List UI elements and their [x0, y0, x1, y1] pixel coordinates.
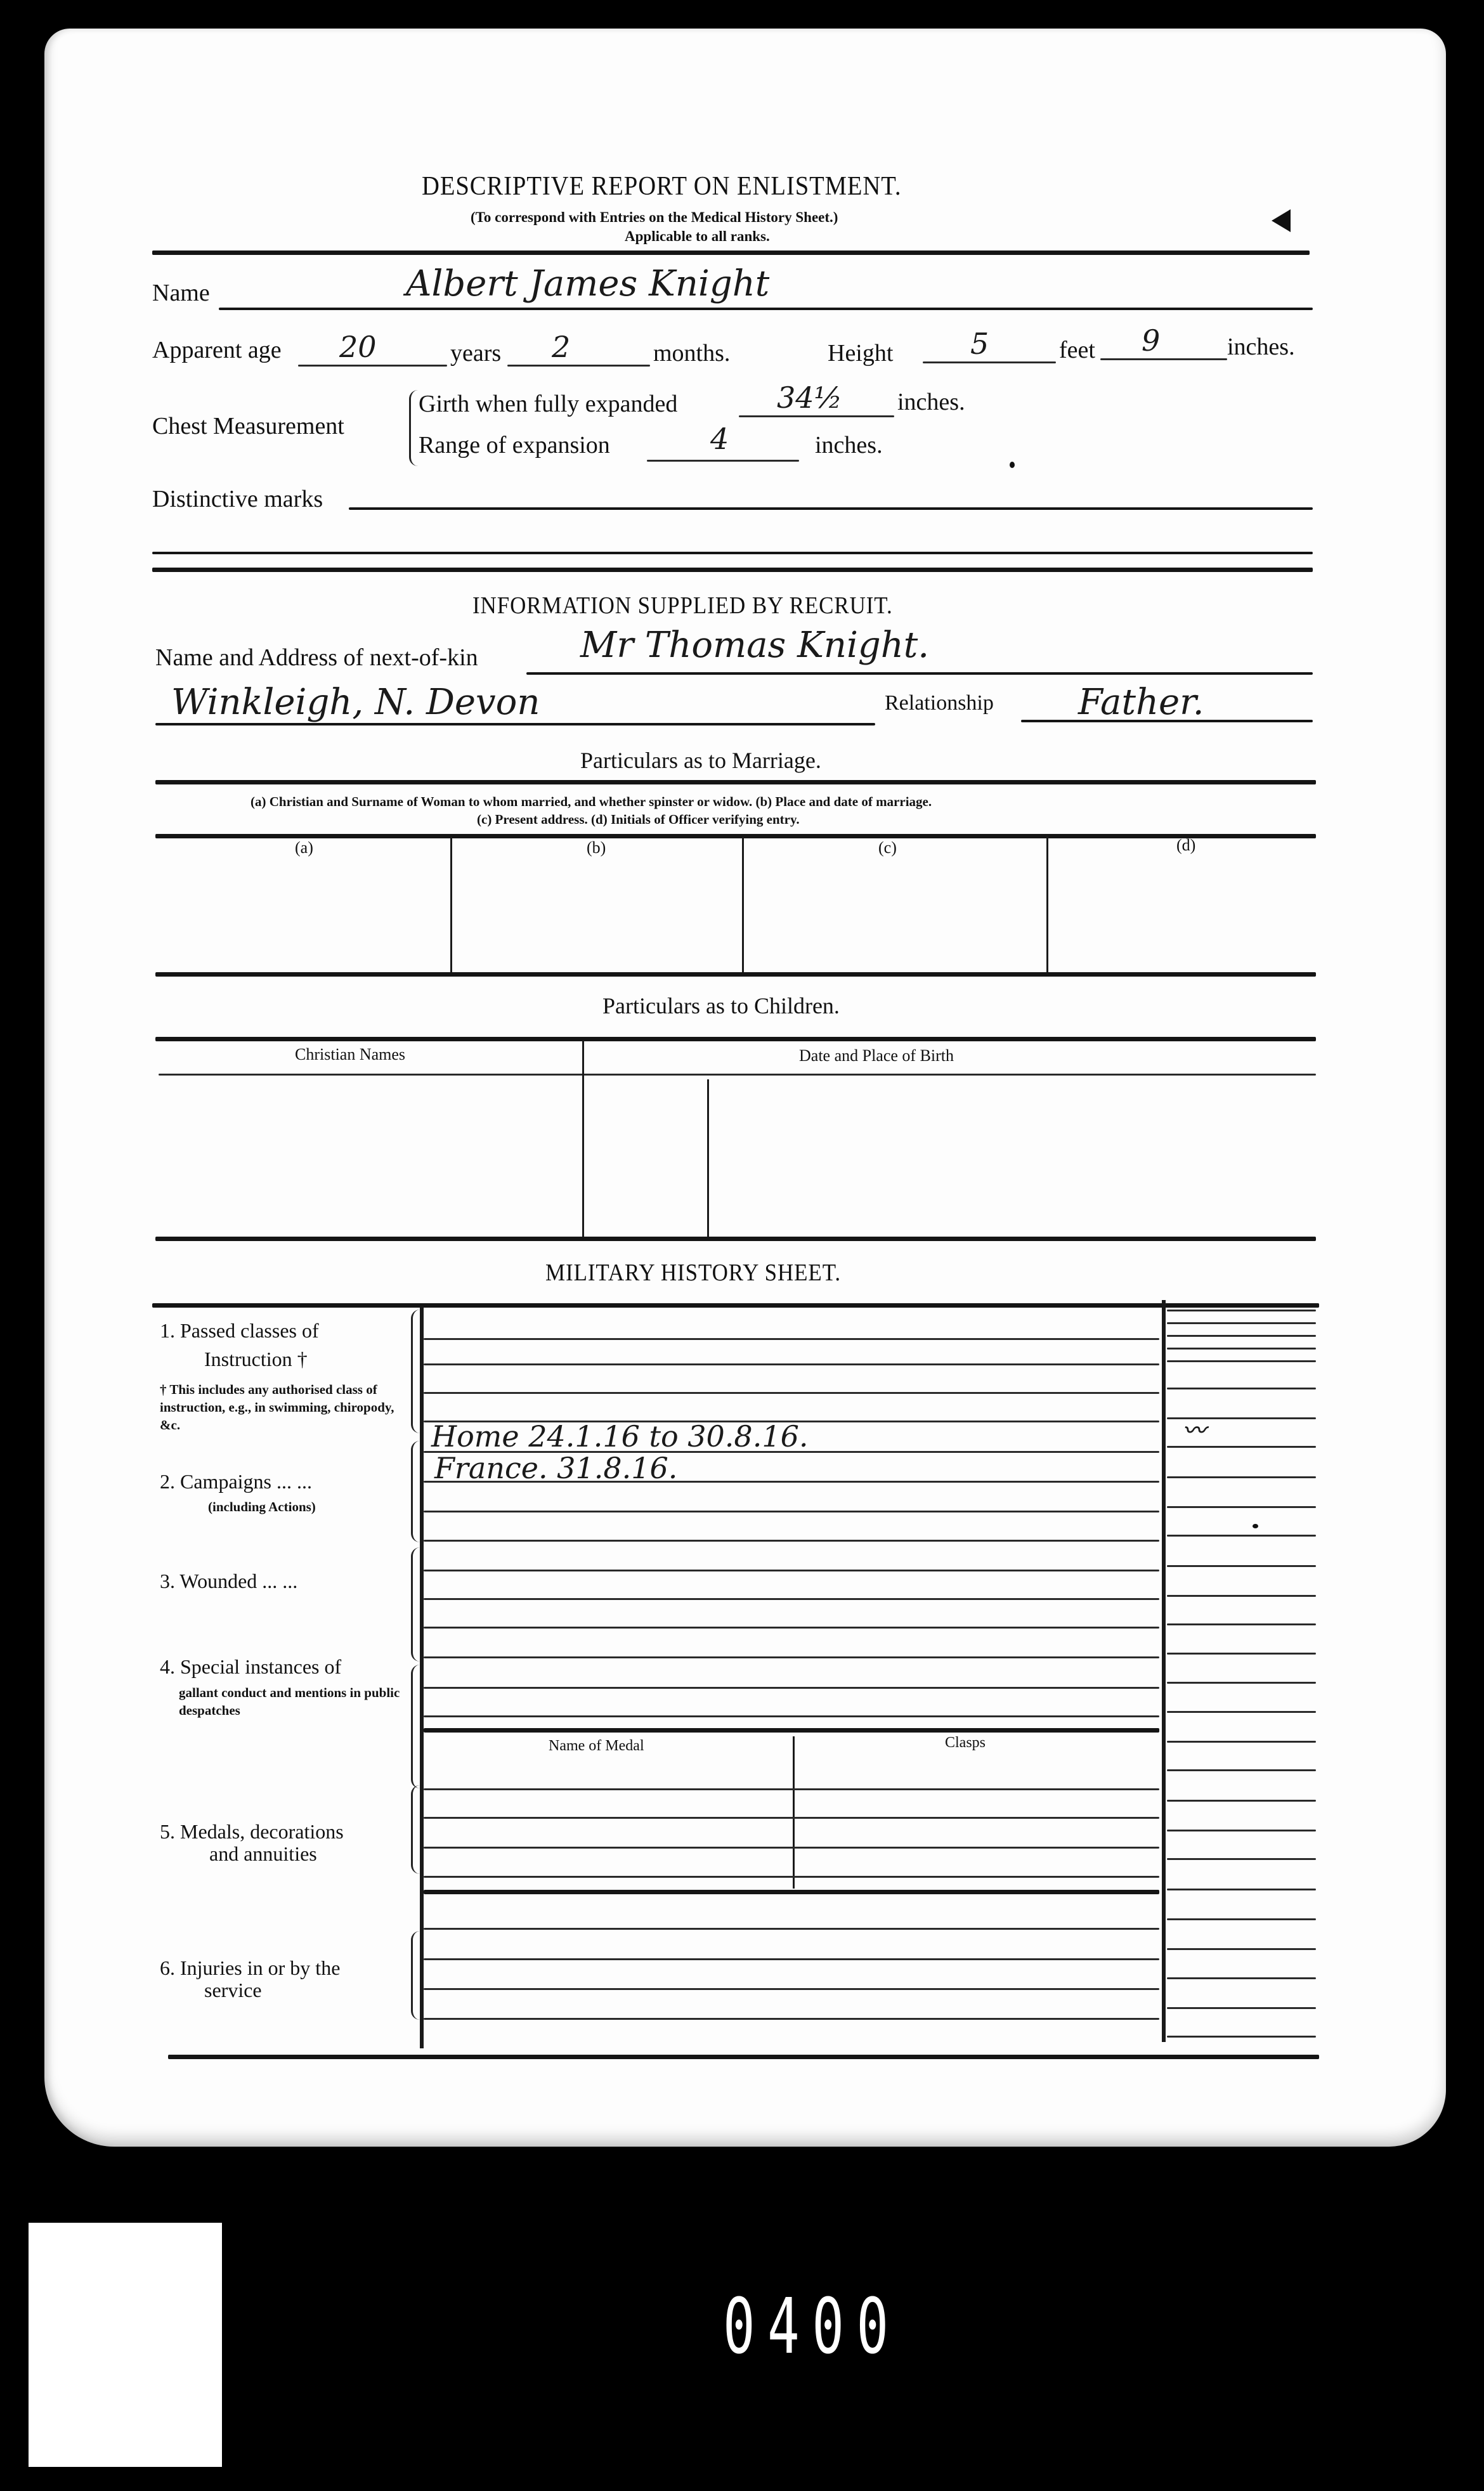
ruled-line: [424, 1847, 1159, 1849]
height-feet-underline: [923, 361, 1056, 363]
right-ruled-line: [1167, 1565, 1316, 1567]
section-5-label: 5. Medals, decorations: [160, 1820, 344, 1844]
marks-underline: [349, 507, 1313, 510]
ruled-line: [424, 1363, 1159, 1365]
right-ruled-line: [1167, 1388, 1316, 1389]
marriage-header: Particulars as to Marriage.: [580, 747, 821, 774]
ruled-line: [424, 1890, 1159, 1894]
section-6-label: 6. Injuries in or by the: [160, 1956, 340, 1980]
right-ruled-line: [1167, 1711, 1316, 1713]
column-divider: [582, 1040, 584, 1237]
right-ruled-line: [1167, 1889, 1316, 1890]
column-divider: [1046, 836, 1048, 972]
next-of-kin-name-field[interactable]: Mr Thomas Knight.: [580, 625, 929, 666]
ruled-line: [424, 1481, 1159, 1483]
right-ruled-line: [1167, 1769, 1316, 1771]
section-1-label: 1. Passed classes of: [160, 1319, 319, 1343]
marriage-cell-b[interactable]: [453, 862, 739, 970]
ruled-line: [424, 1928, 1159, 1930]
right-ruled-line: [1167, 1506, 1316, 1508]
address-underline: [155, 723, 875, 725]
campaign-entry-2[interactable]: France. 31.8.16.: [434, 1451, 677, 1485]
ruled-line: [424, 1451, 1159, 1453]
right-ruled-line: [1167, 1977, 1316, 1979]
right-ruled-line: [1167, 1476, 1316, 1478]
ruled-line: [424, 1570, 1159, 1571]
document-title: DESCRIPTIVE REPORT ON ENLISTMENT.: [422, 171, 901, 202]
medal-clasps-header: Clasps: [945, 1734, 986, 1752]
divider: [155, 972, 1316, 977]
girth-field[interactable]: 34½: [777, 380, 842, 415]
right-ruled-line: [1167, 1741, 1316, 1743]
section-2-label: 2. Campaigns ... ...: [160, 1470, 312, 1493]
height-label: Height: [828, 339, 893, 367]
relationship-field[interactable]: Father.: [1078, 682, 1204, 723]
section-1-note: † This includes any authorised class of …: [160, 1381, 404, 1434]
children-col-birth: Date and Place of Birth: [799, 1046, 954, 1065]
girth-underline: [739, 415, 894, 417]
ruled-line: [424, 1958, 1159, 1960]
divider: [155, 1037, 1316, 1041]
marriage-cell-d[interactable]: [1050, 862, 1310, 970]
next-of-kin-underline: [526, 672, 1313, 675]
right-column-divider: [1162, 1300, 1166, 2042]
ruled-line: [424, 1715, 1159, 1717]
right-ruled-line: [1167, 1335, 1316, 1337]
section-2-label-2: (including Actions): [208, 1498, 316, 1516]
ruled-line: [424, 1598, 1159, 1600]
right-ruled-line: [1167, 1322, 1316, 1324]
children-names-cell[interactable]: [159, 1078, 577, 1233]
document-subtitle: (To correspond with Entries on the Medic…: [471, 209, 838, 226]
section-5-label-2: and annuities: [209, 1842, 317, 1866]
age-months-field[interactable]: 2: [552, 330, 570, 364]
right-ruled-line: [1167, 1360, 1316, 1362]
ruled-line: [424, 1728, 1159, 1733]
medal-name-header: Name of Medal: [549, 1738, 644, 1755]
marriage-col-a: (a): [295, 838, 313, 857]
section-2-brace: [411, 1441, 424, 1542]
ruled-line: [424, 1656, 1159, 1658]
info-section-header: INFORMATION SUPPLIED BY RECRUIT.: [472, 592, 893, 620]
divider: [155, 834, 1316, 838]
years-label: years: [450, 339, 501, 367]
marriage-note-2: (c) Present address. (d) Initials of Off…: [477, 810, 800, 828]
range-underline: [647, 460, 799, 462]
ruled-line: [424, 1876, 1159, 1878]
marriage-cell-a[interactable]: [159, 862, 447, 970]
section-3-brace: [411, 1547, 424, 1662]
divider: [152, 552, 1313, 554]
divider: [152, 568, 1313, 572]
section-1-label-2: Instruction †: [204, 1348, 308, 1371]
ruled-line: [424, 1421, 1159, 1422]
right-ruled-line: [1167, 1858, 1316, 1860]
height-feet-field[interactable]: 5: [970, 327, 989, 361]
next-of-kin-address-field[interactable]: Winkleigh, N. Devon: [171, 682, 540, 723]
right-ruled-line: [1167, 1310, 1316, 1311]
divider: [168, 2055, 1319, 2059]
relationship-label: Relationship: [885, 691, 994, 715]
relationship-underline: [1021, 720, 1313, 722]
name-label: Name: [152, 279, 210, 307]
height-inches-field[interactable]: 9: [1142, 323, 1160, 358]
right-ruled-line: [1167, 1348, 1316, 1350]
right-ruled-line: [1167, 2036, 1316, 2038]
feet-label: feet: [1059, 336, 1095, 364]
marriage-col-c: (c): [878, 838, 897, 857]
marriage-note-1: (a) Christian and Surname of Woman to wh…: [251, 793, 932, 810]
ink-dot: [1253, 1524, 1258, 1528]
ruled-line: [424, 2018, 1159, 2020]
right-ruled-line: [1167, 1800, 1316, 1802]
military-history-header: MILITARY HISTORY SHEET.: [545, 1259, 841, 1287]
right-ruled-line: [1167, 1623, 1316, 1625]
right-ruled-line: [1167, 1830, 1316, 1831]
right-ruled-line: [1167, 1918, 1316, 1920]
age-years-underline: [298, 365, 447, 367]
chest-label: Chest Measurement: [152, 412, 344, 440]
section-1-brace: [411, 1310, 424, 1433]
marriage-col-b: (b): [587, 838, 606, 857]
ruled-line: [424, 1338, 1159, 1340]
ruled-line: [424, 1988, 1159, 1990]
divider: [152, 250, 1310, 255]
girth-label: Girth when fully expanded: [419, 390, 677, 418]
section-5-brace: [411, 1785, 424, 1874]
divider: [155, 1237, 1316, 1241]
initials-mark: 〰: [1183, 1413, 1206, 1445]
section-4-label: 4. Special instances of: [160, 1655, 341, 1679]
inches-label: inches.: [1227, 333, 1295, 361]
height-inches-underline: [1100, 358, 1227, 360]
ruled-line: [424, 1511, 1159, 1512]
column-divider: [742, 837, 744, 973]
right-ruled-line: [1167, 1446, 1316, 1448]
age-years-field[interactable]: 20: [339, 330, 377, 364]
range-field[interactable]: 4: [710, 422, 729, 456]
right-ruled-line: [1167, 1682, 1316, 1684]
column-divider: [450, 837, 452, 973]
girth-unit: inches.: [897, 388, 965, 416]
ruled-line: [424, 1687, 1159, 1689]
ruled-line: [424, 1627, 1159, 1629]
punch-hole-mark: [1272, 209, 1291, 232]
section-3-label: 3. Wounded ... ...: [160, 1570, 297, 1593]
right-ruled-line: [1167, 1948, 1316, 1950]
marks-label: Distinctive marks: [152, 485, 323, 513]
right-ruled-line: [1167, 2007, 1316, 2009]
name-field[interactable]: Albert James Knight: [406, 263, 769, 304]
divider: [155, 780, 1316, 784]
children-col-names: Christian Names: [295, 1045, 405, 1064]
ruled-line: [424, 1540, 1159, 1542]
divider: [159, 1074, 1316, 1076]
section-6-label-2: service: [204, 1979, 262, 2002]
right-ruled-line: [1167, 1535, 1316, 1537]
section-4-label-2: gallant conduct and mentions in public d…: [179, 1684, 407, 1719]
film-label-tab: [29, 2223, 222, 2467]
document-subtitle-2: Applicable to all ranks.: [625, 228, 770, 245]
ruled-line: [424, 1788, 1159, 1790]
column-divider: [793, 1736, 795, 1889]
months-label: months.: [653, 339, 730, 367]
age-months-underline: [507, 365, 650, 367]
marriage-col-d: (d): [1176, 836, 1195, 855]
ink-dot: [1010, 462, 1015, 468]
divider: [152, 1303, 1319, 1308]
range-label: Range of expansion: [419, 431, 610, 459]
range-unit: inches.: [815, 431, 883, 459]
right-ruled-line: [1167, 1653, 1316, 1655]
ruled-line: [424, 1817, 1159, 1819]
frame-number: 0400: [723, 2283, 901, 2371]
marriage-cell-c[interactable]: [745, 862, 1043, 970]
section-6-brace: [411, 1931, 424, 2020]
name-underline: [219, 308, 1313, 310]
next-of-kin-label: Name and Address of next-of-kin: [155, 644, 478, 672]
children-header: Particulars as to Children.: [602, 992, 840, 1019]
right-ruled-line: [1167, 1595, 1316, 1597]
children-birth-cell[interactable]: [587, 1078, 1310, 1233]
age-label: Apparent age: [152, 336, 282, 364]
section-4-brace: [411, 1665, 424, 1788]
ruled-line: [424, 1392, 1159, 1394]
campaign-entry-1[interactable]: Home 24.1.16 to 30.8.16.: [431, 1419, 808, 1454]
